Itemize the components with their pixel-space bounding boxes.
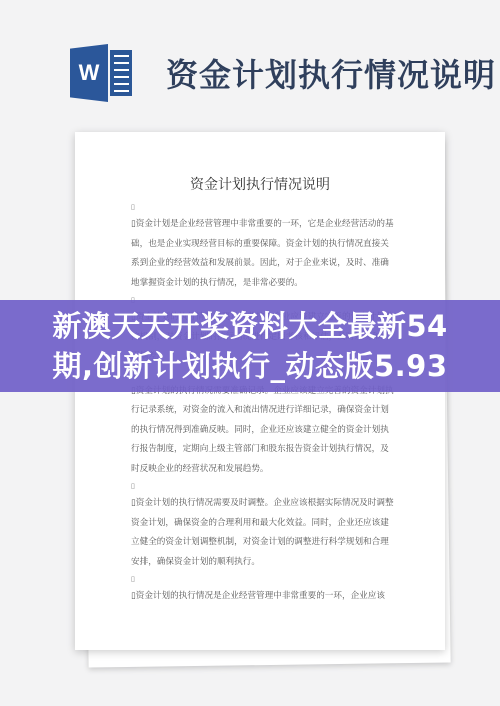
document-title: 资金计划执行情况说明 bbox=[75, 174, 445, 194]
paragraph-mark: ▯ bbox=[131, 572, 397, 587]
overlay-banner: 新澳天天开奖资料大全最新54 期,创新计划执行_动态版5.93 bbox=[0, 300, 500, 392]
paragraph-1: ▯资金计划是企业经营管理中非常重要的一环，它是企业经营活动的基础，也是企业实现经… bbox=[131, 215, 397, 293]
paragraph-5: ▯资金计划的执行情况是企业经营管理中非常重要的一环，企业应该 bbox=[131, 587, 397, 607]
word-w-badge: W bbox=[70, 44, 108, 102]
banner-line-2: 期,创新计划执行_动态版5.93 bbox=[52, 346, 447, 386]
header-title: 资金计划执行情况说明 bbox=[166, 50, 496, 96]
paragraph-mark: ▯ bbox=[131, 200, 397, 215]
paragraph-4: ▯资金计划的执行情况需要及时调整。企业应该根据实际情况及时调整资金计划，确保资金… bbox=[131, 494, 397, 572]
document-lines-icon bbox=[110, 50, 132, 96]
banner-line-1: 新澳天天开奖资料大全最新54 bbox=[52, 306, 447, 346]
document-body: ▯ ▯资金计划是企业经营管理中非常重要的一环，它是企业经营活动的基础，也是企业实… bbox=[131, 200, 397, 607]
paragraph-3: ▯资金计划的执行情况需要准确记录。企业应该建立完善的资金计划执行记录系统，对资金… bbox=[131, 382, 397, 480]
paragraph-mark: ▯ bbox=[131, 479, 397, 494]
header: W 资金计划执行情况说明 bbox=[0, 0, 500, 120]
microsoft-word-icon: W bbox=[70, 44, 134, 104]
